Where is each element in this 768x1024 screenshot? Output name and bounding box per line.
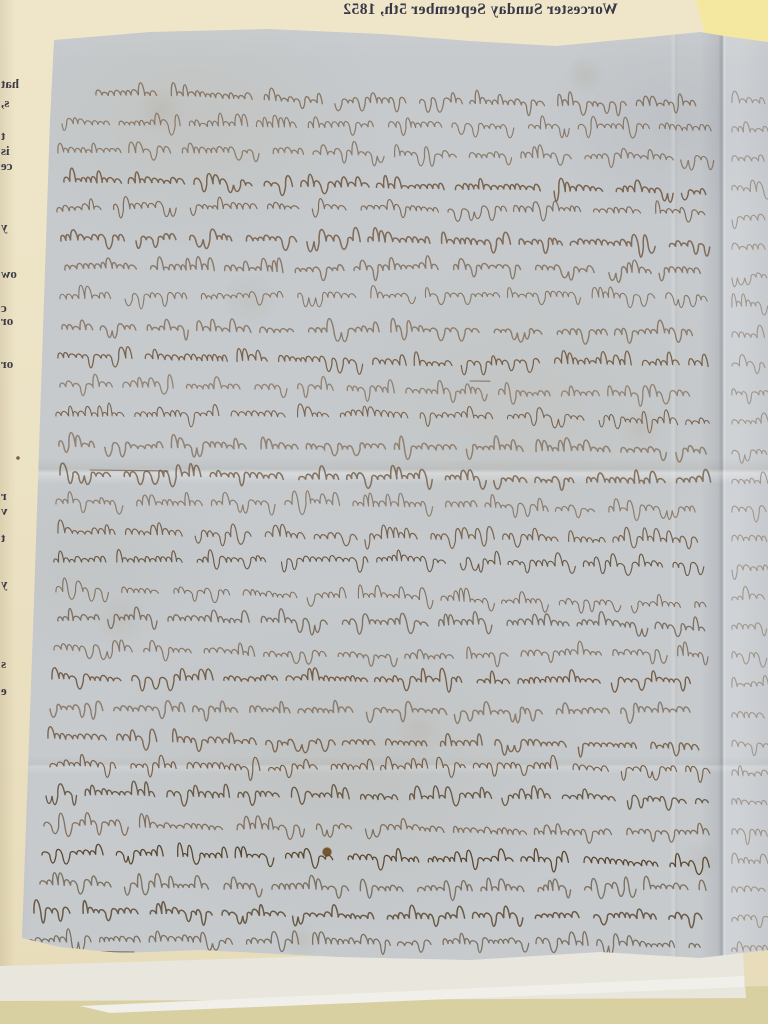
margin-fragment: hat xyxy=(1,76,19,92)
handwriting-line xyxy=(732,535,767,542)
handwriting-line xyxy=(60,374,690,406)
handwriting-line xyxy=(90,470,168,471)
margin-fragment: ce xyxy=(1,158,13,174)
handwriting-line xyxy=(732,652,767,667)
handwriting-line xyxy=(732,886,765,892)
handwriting-line xyxy=(732,155,764,162)
handwriting-line xyxy=(52,668,690,692)
handwriting-line xyxy=(34,900,702,928)
handwriting-line xyxy=(48,727,699,757)
handwriting-line xyxy=(732,294,768,315)
margin-fragment: s, xyxy=(1,95,9,111)
handwriting-line xyxy=(56,491,695,521)
letter-sheet xyxy=(0,0,768,1024)
margin-fragment: or xyxy=(1,356,13,372)
handwriting-line xyxy=(732,712,764,718)
handwriting-line xyxy=(58,520,698,549)
handwriting-line xyxy=(732,942,768,952)
handwriting-line xyxy=(65,256,700,283)
margin-fragment: ow xyxy=(1,266,17,282)
handwriting-line xyxy=(732,122,768,133)
handwriting-line xyxy=(732,766,768,777)
handwriting-line xyxy=(732,915,768,928)
margin-fragment: v xyxy=(1,503,8,519)
handwriting-line xyxy=(732,565,768,580)
handwriting-line xyxy=(56,403,709,433)
margin-fragment: r xyxy=(1,488,7,504)
handwriting-line xyxy=(732,180,768,199)
handwriting-line xyxy=(732,389,768,404)
handwriting-line xyxy=(732,214,765,228)
handwriting-line xyxy=(732,623,767,636)
handwriting-line xyxy=(732,829,767,845)
handwriting-line xyxy=(62,318,693,344)
handwriting-line xyxy=(40,873,706,901)
handwriting-line xyxy=(732,472,768,484)
handwriting-line xyxy=(732,450,767,464)
handwriting-line xyxy=(732,91,765,104)
handwriting-line xyxy=(732,325,764,338)
handwriting-line xyxy=(732,413,768,424)
handwriting-line xyxy=(54,550,704,576)
handwriting-line xyxy=(732,740,768,755)
handwriting-line xyxy=(54,640,708,667)
ink-stain xyxy=(16,456,20,460)
handwriting-line xyxy=(61,227,710,257)
handwriting-line xyxy=(732,355,765,374)
handwriting-line xyxy=(50,700,690,723)
handwriting-line xyxy=(42,843,709,874)
handwriting-line xyxy=(732,798,767,805)
handwriting-line xyxy=(96,83,696,116)
handwriting-line xyxy=(56,578,706,613)
margin-fragment: y xyxy=(1,576,8,592)
handwriting-line xyxy=(28,929,700,955)
handwriting-line xyxy=(732,586,765,600)
handwriting-line xyxy=(732,853,768,864)
handwriting-line xyxy=(732,676,768,688)
handwriting-layer xyxy=(0,0,768,1024)
margin-fragment: t xyxy=(1,128,5,144)
handwriting-line xyxy=(58,141,714,170)
handwriting-line xyxy=(60,285,707,309)
handwriting-line xyxy=(50,754,710,782)
handwriting-line xyxy=(732,506,766,522)
handwriting-line xyxy=(64,168,706,202)
margin-fragment: s xyxy=(1,656,6,672)
handwriting-line xyxy=(62,113,711,138)
handwriting-line xyxy=(59,433,706,462)
handwriting-line xyxy=(57,197,705,222)
handwriting-line xyxy=(732,273,767,287)
margin-fragment: t xyxy=(1,530,5,546)
margin-fragment: is xyxy=(1,143,10,159)
letter-photograph: Worcester Sunday September 5th, 1852 hat… xyxy=(0,0,768,1024)
margin-fragment: e xyxy=(1,683,7,699)
printed-dateline: Worcester Sunday September 5th, 1852 xyxy=(343,1,618,19)
handwriting-line xyxy=(44,813,709,843)
handwriting-line xyxy=(58,347,708,375)
margin-fragment: or xyxy=(1,313,13,329)
handwriting-line xyxy=(58,607,705,636)
margin-fragment: y xyxy=(1,219,8,235)
handwriting-line xyxy=(46,781,708,810)
handwriting-line xyxy=(60,463,711,490)
handwriting-line xyxy=(732,243,765,250)
